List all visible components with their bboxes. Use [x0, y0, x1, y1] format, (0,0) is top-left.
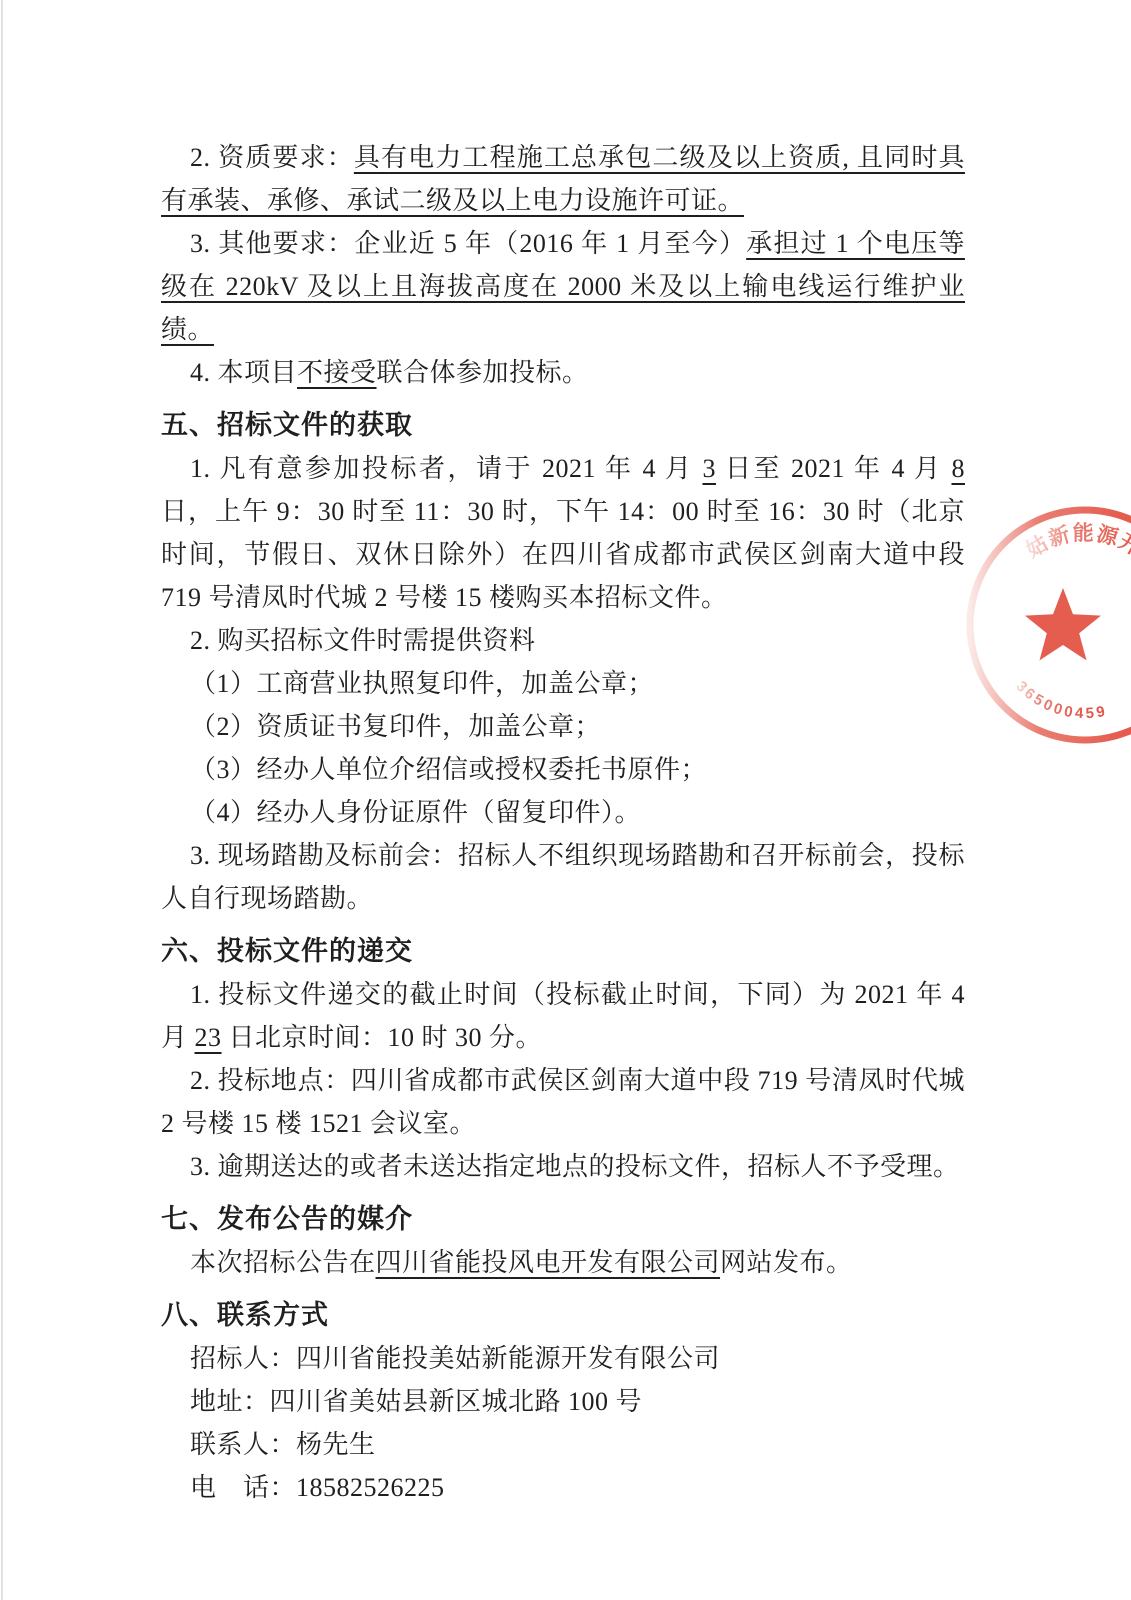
paragraph-other-requirement: 3. 其他要求：企业近 5 年（2016 年 1 月至今）承担过 1 个电压等级…	[161, 222, 965, 351]
list-item-qualification-cert: （2）资质证书复印件，加盖公章；	[161, 705, 965, 748]
paragraph-site-survey: 3. 现场踏勘及标前会：招标人不组织现场踏勘和召开标前会，投标人自行现场踏勘。	[161, 834, 965, 920]
list-item-id-card: （4）经办人身份证原件（留复印件）。	[161, 791, 965, 834]
section-heading-6: 六、投标文件的递交	[161, 930, 965, 973]
scan-edge-artifact	[1, 0, 3, 1600]
list-item-business-license: （1）工商营业执照复印件，加盖公章；	[161, 662, 965, 705]
contact-line-tenderer: 招标人：四川省能投美姑新能源开发有限公司	[161, 1337, 965, 1380]
seal-ring	[970, 510, 1131, 740]
paragraph-submission-deadline: 1. 投标文件递交的截止时间（投标截止时间，下同）为 2021 年 4 月 23…	[161, 973, 965, 1059]
paragraph-prefix: 3. 其他要求：	[190, 229, 354, 258]
contact-line-person: 联系人：杨先生	[161, 1423, 965, 1466]
official-seal-stamp: 姑新能源开发有限公司 365000459	[950, 468, 1131, 798]
underlined-date: 8	[951, 454, 965, 483]
document-body: 2. 资质要求：具有电力工程施工总承包二级及以上资质, 且同时具有承装、承修、承…	[161, 136, 965, 1509]
document-page: 2. 资质要求：具有电力工程施工总承包二级及以上资质, 且同时具有承装、承修、承…	[0, 0, 1131, 1600]
underlined-company-name: 四川省能投风电开发有限公司	[376, 1248, 721, 1277]
paragraph-text: 日，上午 9：30 时至 11：30 时，下午 14：00 时至 16：30 时…	[161, 497, 965, 612]
paragraph-text: 日至 2021 年 4 月	[716, 454, 952, 483]
paragraph-submission-place: 2. 投标地点：四川省成都市武侯区剑南大道中段 719 号清凤时代城 2 号楼 …	[161, 1059, 965, 1145]
contact-line-address: 地址：四川省美姑县新区城北路 100 号	[161, 1380, 965, 1423]
paragraph-text: 本次招标公告在	[190, 1248, 376, 1277]
seal-serial-number: 365000459	[1013, 678, 1110, 722]
paragraph-text: 联合体参加投标。	[377, 358, 589, 387]
paragraph-qualification-requirement: 2. 资质要求：具有电力工程施工总承包二级及以上资质, 且同时具有承装、承修、承…	[161, 136, 965, 222]
star-icon	[1025, 588, 1101, 660]
underlined-text: 不接受	[297, 358, 377, 387]
section-heading-7: 七、发布公告的媒介	[161, 1198, 965, 1241]
underlined-date: 3	[702, 454, 716, 483]
paragraph-text: 4. 本项目	[190, 358, 297, 387]
list-item-introduction-letter: （3）经办人单位介绍信或授权委托书原件；	[161, 748, 965, 791]
paragraph-text: 企业近 5 年（2016 年 1 月至今）	[354, 229, 746, 258]
paragraph-bid-doc-purchase-time: 1. 凡有意参加投标者，请于 2021 年 4 月 3 日至 2021 年 4 …	[161, 447, 965, 619]
paragraph-no-consortium: 4. 本项目不接受联合体参加投标。	[161, 351, 965, 394]
paragraph-overdue-rejection: 3. 逾期送达的或者未送达指定地点的投标文件，招标人不予受理。	[161, 1145, 965, 1188]
paragraph-text: 网站发布。	[720, 1248, 853, 1277]
paragraph-announcement-media: 本次招标公告在四川省能投风电开发有限公司网站发布。	[161, 1241, 965, 1284]
paragraph-text: 1. 凡有意参加投标者，请于 2021 年 4 月	[190, 454, 702, 483]
section-heading-5: 五、招标文件的获取	[161, 404, 965, 447]
paragraph-purchase-materials: 2. 购买招标文件时需提供资料	[161, 619, 965, 662]
paragraph-text: 日北京时间：10 时 30 分。	[222, 1023, 543, 1052]
contact-line-phone: 电 话：18582526225	[161, 1466, 965, 1509]
underlined-date: 23	[195, 1023, 222, 1052]
seal-arc-text: 姑新能源开发有限公司	[1022, 521, 1131, 664]
paragraph-prefix: 2. 资质要求：	[190, 143, 354, 172]
section-heading-8: 八、联系方式	[161, 1294, 965, 1337]
